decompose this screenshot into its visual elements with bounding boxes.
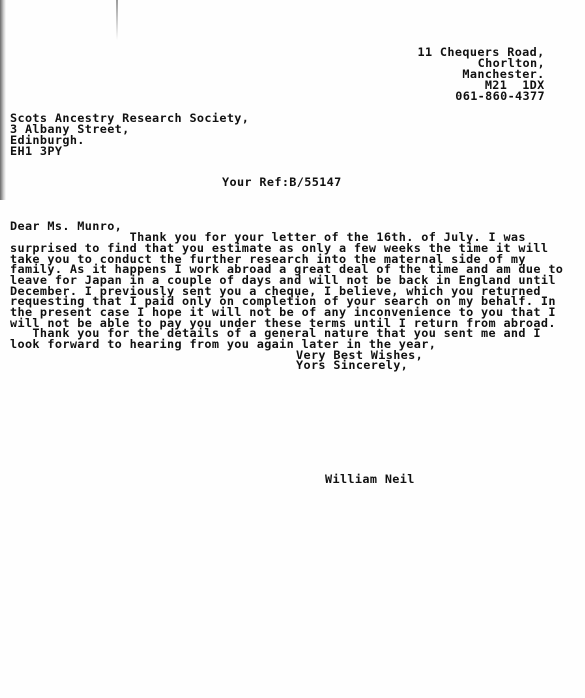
reference-line: Your Ref:B/55147 — [222, 177, 342, 188]
sender-phone: 061-860-4377 — [455, 91, 545, 102]
recipient-postcode: EH1 3PY — [10, 146, 62, 157]
closing-sincerely: Yors Sincerely, — [296, 360, 408, 371]
scan-edge-shadow — [0, 0, 6, 200]
letter-page: 11 Chequers Road, Chorlton, Manchester. … — [0, 0, 585, 698]
scan-fold-mark — [116, 0, 118, 40]
signature-name: William Neil — [325, 474, 415, 485]
